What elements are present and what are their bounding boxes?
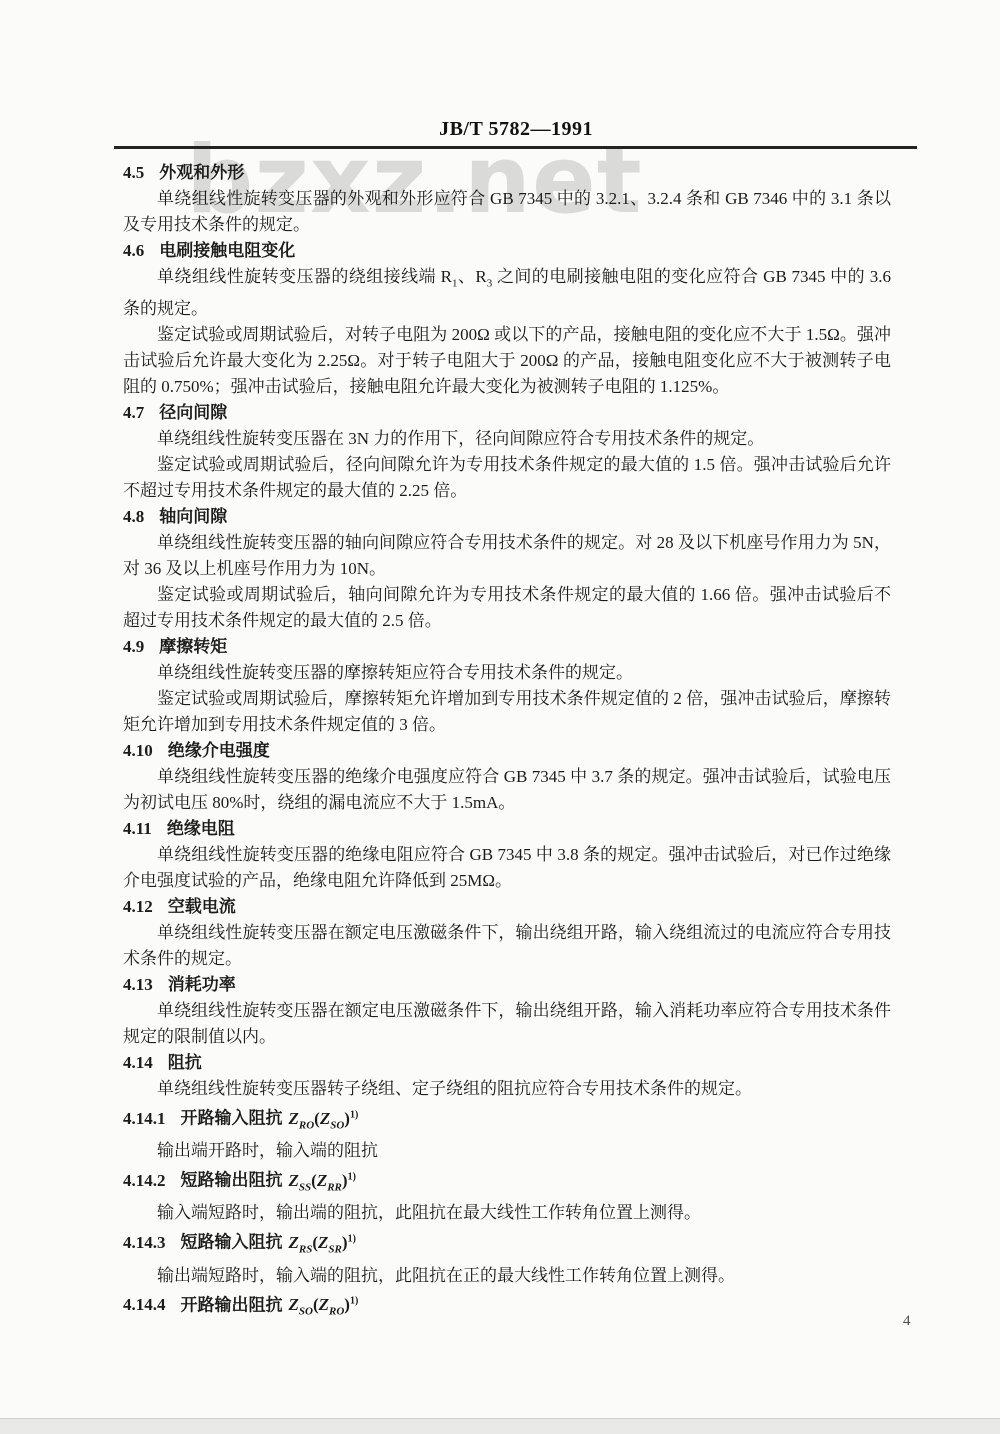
impedance-symbol: Z bbox=[289, 1295, 299, 1314]
impedance-formula: ZSO(ZRO)1) bbox=[289, 1295, 359, 1314]
section-title: 绝缘电阻 bbox=[167, 819, 235, 838]
impedance-symbol: Z bbox=[317, 1171, 327, 1190]
section-number: 4.12 bbox=[123, 897, 153, 916]
impedance-subscript: RR bbox=[327, 1181, 342, 1193]
impedance-subscript: SS bbox=[299, 1181, 311, 1193]
section-heading-4-7: 4.7径向间隙 bbox=[123, 400, 891, 426]
impedance-subscript: RO bbox=[329, 1306, 344, 1318]
paragraph-4-7-requirement: 单绕组线性旋转变压器在 3N 力的作用下，径向间隙应符合专用技术条件的规定。 bbox=[123, 426, 891, 452]
section-heading-4-14-3: 4.14.3短路输入阻抗ZRS(ZSR)1) bbox=[123, 1226, 891, 1262]
paragraph-4-14-3: 输出端短路时，输入端的阻抗，此阻抗在正的最大线性工作转角位置上测得。 bbox=[123, 1263, 891, 1289]
paragraph-4-9-requirement: 单绕组线性旋转变压器的摩擦转矩应符合专用技术条件的规定。 bbox=[123, 660, 891, 686]
impedance-symbol: Z bbox=[318, 1233, 328, 1252]
section-title: 电刷接触电阻变化 bbox=[159, 241, 295, 260]
paragraph-4-10: 单绕组线性旋转变压器的绝缘介电强度应符合 GB 7345 中 3.7 条的规定。… bbox=[123, 764, 891, 816]
paragraph-4-13: 单绕组线性旋转变压器在额定电压激磁条件下，输出绕组开路，输入消耗功率应符合专用技… bbox=[123, 998, 891, 1050]
impedance-symbol: Z bbox=[289, 1171, 299, 1190]
section-number: 4.13 bbox=[123, 975, 153, 994]
section-title: 开路输出阻抗 bbox=[181, 1295, 283, 1314]
section-title: 阻抗 bbox=[168, 1053, 202, 1072]
impedance-subscript: SR bbox=[328, 1244, 341, 1256]
section-number: 4.14.2 bbox=[123, 1171, 166, 1190]
section-number: 4.14.4 bbox=[123, 1295, 166, 1314]
section-number: 4.14.3 bbox=[123, 1233, 166, 1252]
standard-code-header: JB/T 5782—1991 bbox=[115, 118, 917, 141]
section-heading-4-14-4: 4.14.4开路输出阻抗ZSO(ZRO)1) bbox=[123, 1289, 891, 1325]
paragraph-4-11: 单绕组线性旋转变压器的绝缘电阻应符合 GB 7345 中 3.8 条的规定。强冲… bbox=[123, 842, 891, 894]
impedance-symbol: Z bbox=[319, 1295, 329, 1314]
section-heading-4-14: 4.14阻抗 bbox=[123, 1050, 891, 1076]
paragraph-text: 单绕组线性旋转变压器的绕组接线端 R bbox=[157, 267, 452, 286]
paragraph-text: 、R bbox=[458, 267, 487, 286]
section-heading-4-14-2: 4.14.2短路输出阻抗ZSS(ZRR)1) bbox=[123, 1164, 891, 1200]
footnote-marker: 1) bbox=[350, 1109, 358, 1120]
impedance-formula: ZSS(ZRR)1) bbox=[289, 1171, 356, 1190]
page-number: 4 bbox=[903, 1313, 911, 1330]
section-title: 轴向间隙 bbox=[159, 507, 227, 526]
paragraph-4-12: 单绕组线性旋转变压器在额定电压激磁条件下，输出绕组开路，输入绕组流过的电流应符合… bbox=[123, 920, 891, 972]
section-number: 4.14 bbox=[123, 1053, 153, 1072]
section-number: 4.6 bbox=[123, 241, 144, 260]
section-number: 4.10 bbox=[123, 741, 153, 760]
scan-edge-strip bbox=[0, 1418, 1000, 1434]
section-number: 4.7 bbox=[123, 403, 144, 422]
paragraph-4-8-limits: 鉴定试验或周期试验后，轴向间隙允许为专用技术条件规定的最大值的 1.66 倍。强… bbox=[123, 582, 891, 634]
impedance-symbol: Z bbox=[320, 1109, 330, 1128]
section-title: 外观和外形 bbox=[159, 163, 244, 182]
paragraph-4-6-limits: 鉴定试验或周期试验后，对转子电阻为 200Ω 或以下的产品，接触电阻的变化应不大… bbox=[123, 322, 891, 400]
impedance-formula: ZRS(ZSR)1) bbox=[289, 1233, 356, 1252]
section-heading-4-6: 4.6电刷接触电阻变化 bbox=[123, 238, 891, 264]
paragraph-4-8-requirement: 单绕组线性旋转变压器的轴向间隙应符合专用技术条件的规定。对 28 及以下机座号作… bbox=[123, 530, 891, 582]
document-body: 4.5外观和外形 单绕组线性旋转变压器的外观和外形应符合 GB 7345 中的 … bbox=[123, 160, 891, 1325]
section-heading-4-12: 4.12空载电流 bbox=[123, 894, 891, 920]
section-title: 短路输入阻抗 bbox=[181, 1233, 283, 1252]
section-number: 4.9 bbox=[123, 637, 144, 656]
impedance-formula: ZRO(ZSO)1) bbox=[289, 1109, 359, 1128]
footnote-marker: 1) bbox=[348, 1171, 356, 1182]
header-rule bbox=[114, 146, 917, 149]
paragraph-4-14: 单绕组线性旋转变压器转子绕组、定子绕组的阻抗应符合专用技术条件的规定。 bbox=[123, 1076, 891, 1102]
section-number: 4.11 bbox=[123, 819, 152, 838]
section-number: 4.8 bbox=[123, 507, 144, 526]
footnote-marker: 1) bbox=[350, 1296, 358, 1307]
impedance-symbol: Z bbox=[289, 1233, 299, 1252]
section-heading-4-14-1: 4.14.1开路输入阻抗ZRO(ZSO)1) bbox=[123, 1102, 891, 1138]
footnote-marker: 1) bbox=[348, 1233, 356, 1244]
section-heading-4-11: 4.11绝缘电阻 bbox=[123, 816, 891, 842]
impedance-subscript: SO bbox=[330, 1119, 344, 1131]
section-title: 开路输入阻抗 bbox=[181, 1109, 283, 1128]
section-number: 4.5 bbox=[123, 163, 144, 182]
impedance-subscript: SO bbox=[299, 1306, 313, 1318]
section-heading-4-8: 4.8轴向间隙 bbox=[123, 504, 891, 530]
section-title: 短路输出阻抗 bbox=[181, 1171, 283, 1190]
impedance-subscript: RO bbox=[299, 1119, 314, 1131]
impedance-subscript: RS bbox=[299, 1244, 312, 1256]
section-heading-4-10: 4.10绝缘介电强度 bbox=[123, 738, 891, 764]
section-title: 摩擦转矩 bbox=[159, 637, 227, 656]
section-heading-4-13: 4.13消耗功率 bbox=[123, 972, 891, 998]
paragraph-4-9-limits: 鉴定试验或周期试验后，摩擦转矩允许增加到专用技术条件规定值的 2 倍，强冲击试验… bbox=[123, 686, 891, 738]
section-number: 4.14.1 bbox=[123, 1109, 166, 1128]
section-title: 空载电流 bbox=[168, 897, 236, 916]
section-title: 径向间隙 bbox=[159, 403, 227, 422]
paragraph-4-6-terminals: 单绕组线性旋转变压器的绕组接线端 R1、R3 之间的电刷接触电阻的变化应符合 G… bbox=[123, 264, 891, 322]
paragraph-4-7-limits: 鉴定试验或周期试验后，径向间隙允许为专用技术条件规定的最大值的 1.5 倍。强冲… bbox=[123, 452, 891, 504]
section-title: 绝缘介电强度 bbox=[168, 741, 270, 760]
paragraph-4-14-1: 输出端开路时，输入端的阻抗 bbox=[123, 1138, 891, 1164]
paragraph-4-5: 单绕组线性旋转变压器的外观和外形应符合 GB 7345 中的 3.2.1、3.2… bbox=[123, 186, 891, 238]
impedance-symbol: Z bbox=[289, 1109, 299, 1128]
section-heading-4-9: 4.9摩擦转矩 bbox=[123, 634, 891, 660]
paragraph-4-14-2: 输入端短路时，输出端的阻抗，此阻抗在最大线性工作转角位置上测得。 bbox=[123, 1200, 891, 1226]
section-heading-4-5: 4.5外观和外形 bbox=[123, 160, 891, 186]
section-title: 消耗功率 bbox=[168, 975, 236, 994]
